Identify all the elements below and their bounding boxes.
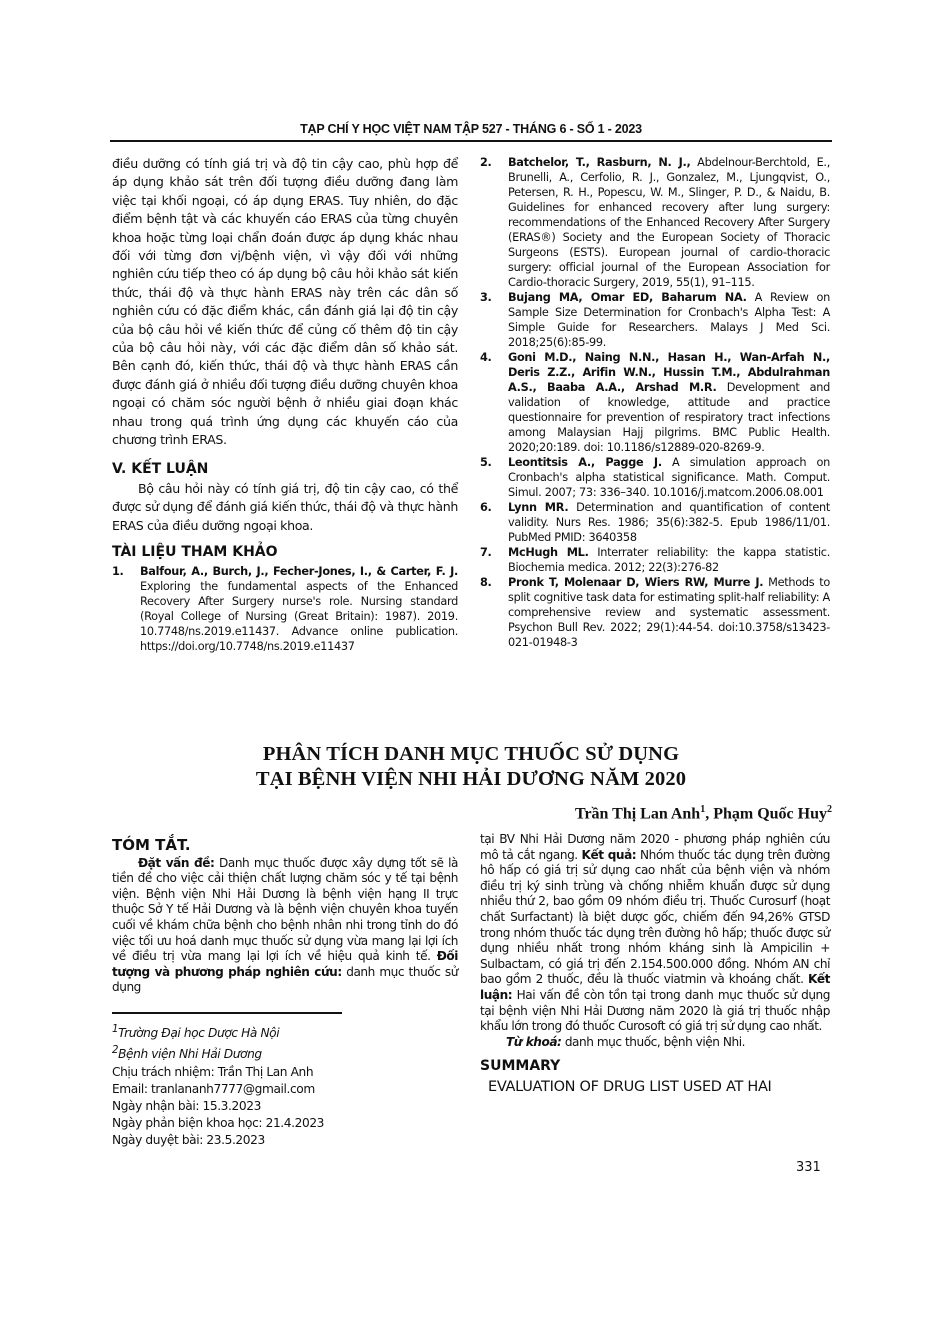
author-name: Phạm Quốc Huy <box>713 805 827 822</box>
abstract-heading: TÓM TẮT. <box>112 838 458 854</box>
page-number: 331 <box>796 1160 821 1175</box>
reference-text: Abdelnour-Berchtold, E., Brunelli, A., C… <box>508 156 830 289</box>
accepted-date: Ngày duyệt bài: 23.5.2023 <box>112 1132 452 1149</box>
reference-item: 6. Lynn MR. Determination and quantifica… <box>480 500 830 545</box>
background-text: Danh mục thuốc được xây dựng tốt sẽ là t… <box>112 856 458 964</box>
received-date: Ngày nhận bài: 15.3.2023 <box>112 1098 452 1115</box>
reference-authors: Batchelor, T., Rasburn, N. J., <box>508 156 690 169</box>
reference-item: 7. McHugh ML. Interrater reliability: th… <box>480 545 830 575</box>
reference-authors: Pronk T, Molenaar D, Wiers RW, Murre J. <box>508 576 763 589</box>
keywords-label: Từ khoá: <box>506 1035 561 1049</box>
left-column-top: điều dưỡng có tính giá trị và độ tin cậy… <box>112 155 458 654</box>
continuation-paragraph: điều dưỡng có tính giá trị và độ tin cậy… <box>112 155 458 450</box>
reference-authors: Leontitsis A., Pagge J. <box>508 456 662 469</box>
header-rule <box>110 140 832 142</box>
article-title: PHÂN TÍCH DANH MỤC THUỐC SỬ DỤNG TẠI BỆN… <box>120 742 822 792</box>
reference-number: 8. <box>480 575 492 590</box>
reference-authors: Lynn MR. <box>508 501 568 514</box>
reference-item: 8. Pronk T, Molenaar D, Wiers RW, Murre … <box>480 575 830 650</box>
reference-item: 2. Batchelor, T., Rasburn, N. J., Abdeln… <box>480 155 830 290</box>
references-heading: TÀI LIỆU THAM KHẢO <box>112 543 458 561</box>
reference-number: 5. <box>480 455 492 470</box>
keywords-text: danh mục thuốc, bệnh viện Nhi. <box>561 1035 745 1049</box>
email: Email: tranlananh7777@gmail.com <box>112 1081 452 1098</box>
footnote-rule <box>112 1012 342 1014</box>
background-label: Đặt vấn đề: <box>138 856 214 870</box>
article-authors: Trần Thị Lan Anh1, Phạm Quốc Huy2 <box>575 804 832 823</box>
summary-heading: SUMMARY <box>480 1059 830 1075</box>
abstract-right-column: tại BV Nhi Hải Dương năm 2020 - phương p… <box>480 832 830 1096</box>
corresponding-author: Chịu trách nhiệm: Trần Thị Lan Anh <box>112 1064 452 1081</box>
references-list-right: 2. Batchelor, T., Rasburn, N. J., Abdeln… <box>480 155 830 650</box>
results-text: Nhóm thuốc tác dụng trên đường hô hấp có… <box>480 848 830 987</box>
affiliation-text: Bệnh viện Nhi Hải Dương <box>118 1047 262 1061</box>
reference-item: 1. Balfour, A., Burch, J., Fecher-Jones,… <box>112 564 458 654</box>
reference-number: 6. <box>480 500 492 515</box>
abstract-paragraph: Đặt vấn đề: Danh mục thuốc được xây dựng… <box>112 856 458 996</box>
footnotes: 1Trường Đại học Dược Hà Nội 2Bệnh viện N… <box>112 1021 452 1150</box>
reference-item: 5. Leontitsis A., Pagge J. A simulation … <box>480 455 830 500</box>
reference-item: 4. Goni M.D., Naing N.N., Hasan H., Wan-… <box>480 350 830 455</box>
affiliation-2: 2Bệnh viện Nhi Hải Dương <box>112 1042 452 1063</box>
summary-title: EVALUATION OF DRUG LIST USED AT HAI <box>480 1080 830 1096</box>
reference-number: 4. <box>480 350 492 365</box>
results-label: Kết quả: <box>582 848 637 862</box>
keywords: Từ khoá: danh mục thuốc, bệnh viện Nhi. <box>480 1035 830 1051</box>
reference-number: 2. <box>480 155 492 170</box>
reference-number: 1. <box>112 564 124 579</box>
running-header: TẠP CHÍ Y HỌC VIỆT NAM TẬP 527 - THÁNG 6… <box>110 122 832 136</box>
reference-number: 3. <box>480 290 492 305</box>
conclusion-text: Bộ câu hỏi này có tính giá trị, độ tin c… <box>112 480 458 535</box>
references-list-left: 1. Balfour, A., Burch, J., Fecher-Jones,… <box>112 564 458 654</box>
conclusion-text: Hai vấn đề còn tồn tại trong danh mục th… <box>480 988 830 1033</box>
reference-number: 7. <box>480 545 492 560</box>
article-title-line-1: PHÂN TÍCH DANH MỤC THUỐC SỬ DỤNG <box>120 742 822 767</box>
author-name: Trần Thị Lan Anh <box>575 805 700 822</box>
reference-authors: Balfour, A., Burch, J., Fecher-Jones, I.… <box>140 565 458 578</box>
affiliation-text: Trường Đại học Dược Hà Nội <box>118 1026 279 1040</box>
journal-page: TẠP CHÍ Y HỌC VIỆT NAM TẬP 527 - THÁNG 6… <box>0 0 942 1333</box>
author-separator: , <box>705 805 713 822</box>
article-title-line-2: TẠI BỆNH VIỆN NHI HẢI DƯƠNG NĂM 2020 <box>120 767 822 792</box>
abstract-left-column: TÓM TẮT. Đặt vấn đề: Danh mục thuốc được… <box>112 838 458 996</box>
abstract-continuation: tại BV Nhi Hải Dương năm 2020 - phương p… <box>480 832 830 1035</box>
author-affiliation-mark: 2 <box>827 804 832 815</box>
reviewed-date: Ngày phản biện khoa học: 21.4.2023 <box>112 1115 452 1132</box>
reference-authors: McHugh ML. <box>508 546 589 559</box>
reference-text: Exploring the fundamental aspects of the… <box>140 580 458 653</box>
conclusion-heading: V. KẾT LUẬN <box>112 460 458 478</box>
affiliation-1: 1Trường Đại học Dược Hà Nội <box>112 1021 452 1042</box>
reference-authors: Bujang MA, Omar ED, Baharum NA. <box>508 291 747 304</box>
reference-item: 3. Bujang MA, Omar ED, Baharum NA. A Rev… <box>480 290 830 350</box>
